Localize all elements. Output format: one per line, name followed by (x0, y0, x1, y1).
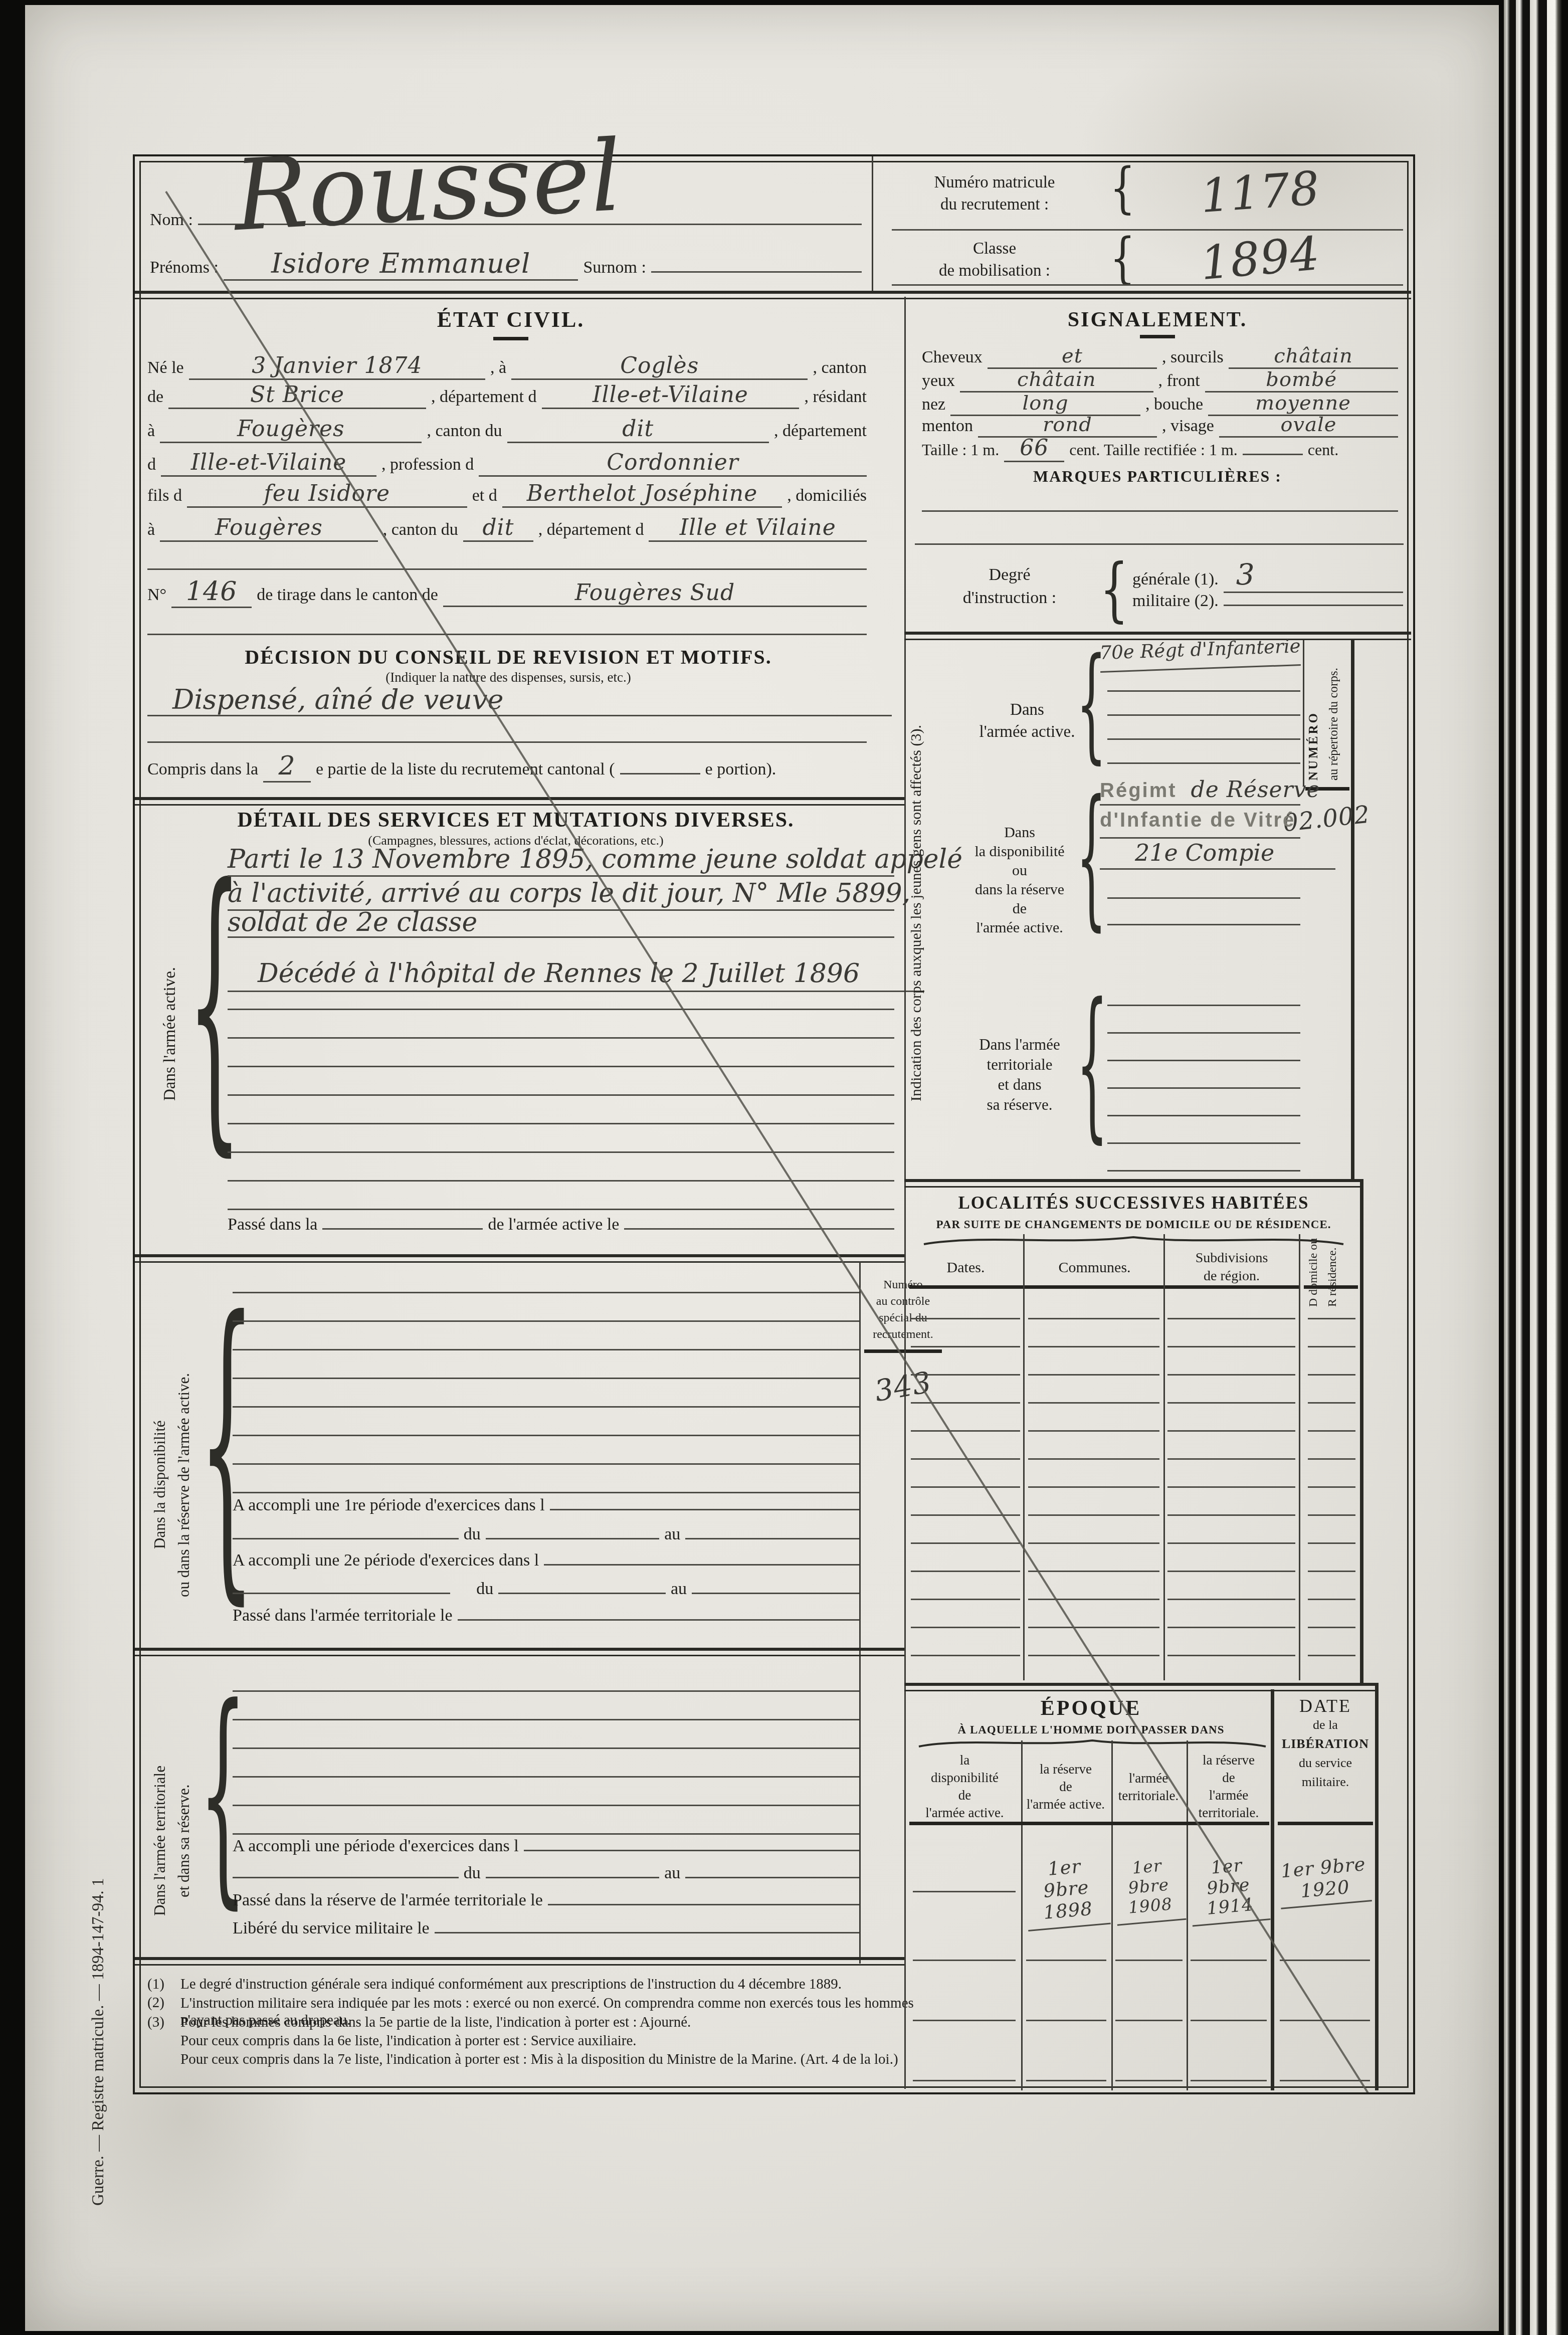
section-divider (904, 632, 1411, 640)
label-line: la (911, 1752, 1019, 1769)
label-line: l'armée active. (969, 721, 1085, 743)
prenoms-label: Prénoms : (150, 258, 219, 277)
blank-ruled-lines (1107, 979, 1300, 1174)
page-stack-edge (1499, 0, 1568, 2335)
label: e portion). (705, 760, 776, 779)
footnote-text: Le degré d'instruction générale sera ind… (180, 1976, 842, 1993)
value: Fougères (160, 416, 422, 443)
blank-line (524, 1850, 859, 1851)
services-line3: soldat de 2e classe (228, 907, 894, 938)
tirage-canton: Fougères Sud (443, 580, 867, 607)
territoriale-side-label: Dans l'armée territoriale (151, 1705, 173, 1976)
label: Compris dans la (147, 760, 258, 779)
label-line: Degré (927, 563, 1092, 587)
instruction-militaire-value (1224, 605, 1403, 606)
value: Coglès (511, 353, 808, 380)
localites-col-subdivisions: Subdivisions de région. (1166, 1249, 1297, 1285)
corps-active-value: 70e Régt d'Infanterie (1099, 635, 1301, 673)
corps-active-label: Dans l'armée active. (969, 699, 1085, 743)
paper-sheet: Guerre. — Registre matricule. — 1894-147… (25, 5, 1504, 2331)
label-line: disponibilité (911, 1769, 1019, 1787)
label-line: territoriale. (1113, 1787, 1184, 1805)
corps-dispo-label: Dans la disponibilité ou dans la réserve… (962, 823, 1077, 937)
value: dit (463, 515, 533, 542)
classe-label-line1: Classe (887, 238, 1102, 260)
epoque-col3-header: l'armée territoriale. (1113, 1770, 1184, 1805)
label: nez (922, 395, 945, 414)
instruction-generale-value: 3 (1224, 557, 1403, 593)
taille-row: Taille : 1 m. 66 cent. Taille rectifiée … (922, 435, 1398, 462)
value: ovale (1219, 413, 1398, 438)
label: , canton du (427, 422, 502, 441)
label-line: de (1189, 1769, 1269, 1787)
signalement-row: Cheveux et , sourcils châtain (922, 344, 1398, 369)
ruled-line (915, 543, 1404, 545)
label-line: Dans (962, 823, 1077, 842)
localites-top-border (904, 1179, 1363, 1188)
label: , canton (813, 358, 867, 377)
blank-line (620, 773, 700, 774)
label-line: de région. (1166, 1267, 1297, 1285)
nom-signature: Roussel (180, 116, 677, 256)
signalement-row: nez long , bouche moyenne (922, 392, 1398, 416)
matricule-label-line1: Numéro matricule (887, 171, 1102, 193)
localites-col-dates: Dates. (909, 1259, 1022, 1276)
epoque-divider (1187, 1740, 1188, 2090)
epoque-col4-header: la réserve de l'armée territoriale. (1189, 1752, 1269, 1822)
value: feu Isidore (187, 481, 467, 508)
blank-line (550, 1509, 859, 1510)
value: St Brice (168, 382, 426, 409)
title-dash (1140, 335, 1175, 338)
services-line2: à l'activité, arrivé au corps le dit jou… (228, 878, 894, 911)
blank-line (486, 1877, 660, 1878)
localites-rows (1167, 1291, 1295, 1671)
section-divider (135, 1648, 904, 1656)
label: , résidant (804, 387, 867, 407)
localites-rows (911, 1291, 1020, 1671)
label-line: de (911, 1787, 1019, 1804)
blank-line (1243, 454, 1303, 455)
blank-line (233, 1593, 450, 1594)
epoque-divider (1021, 1740, 1023, 2090)
label: , canton du (383, 520, 458, 539)
label-line: Subdivisions (1166, 1249, 1297, 1267)
du-au-row: du au (233, 1864, 859, 1883)
blank-line (548, 1904, 859, 1905)
localites-title: LOCALITÉS SUCCESSIVES HABITÉES (914, 1193, 1353, 1213)
localites-header-rule (909, 1285, 1299, 1289)
title-dash (493, 337, 528, 340)
etat-civil-row: à Fougères , canton du dit , département… (147, 515, 867, 542)
label: au (671, 1580, 687, 1599)
numero-caption-2: au répertoire du corps. (1327, 648, 1344, 781)
decision-title: DÉCISION DU CONSEIL DE REVISION ET MOTIF… (147, 645, 869, 669)
label: , département d (538, 520, 644, 539)
section-divider (135, 291, 1411, 299)
label-line: de la (1278, 1715, 1373, 1734)
label: , département (774, 422, 867, 441)
label-line: LIBÉRATION (1278, 1734, 1373, 1754)
value: dit (507, 416, 769, 443)
blank-line (685, 1538, 859, 1539)
corps-stamp-row2: d'Infantie de Vitré (1100, 809, 1300, 839)
ruled-line (922, 510, 1398, 512)
value: Ille-et-Vilaine (542, 382, 800, 409)
matricule-label: Numéro matricule du recrutement : (887, 171, 1102, 216)
label: , visage (1162, 417, 1214, 436)
epoque-col2-header: la réserve de l'armée active. (1023, 1761, 1108, 1813)
numero-column-heavy-border (1351, 640, 1354, 1179)
header-brace-squiggle (922, 1233, 1345, 1246)
label-line: du service (1278, 1754, 1373, 1773)
prenoms-value: Isidore Emmanuel (224, 248, 578, 281)
signalement-row: menton rond , visage ovale (922, 413, 1398, 438)
blank-line (544, 1564, 859, 1566)
epoque-title: ÉPOQUE (909, 1696, 1273, 1720)
epoque-right-border (1375, 1683, 1379, 2090)
blank-line (624, 1228, 894, 1230)
label: , domiciliés (787, 486, 867, 505)
passe-territoriale-row: Passé dans l'armée territoriale le (233, 1606, 859, 1625)
localites-rows (1028, 1291, 1159, 1671)
footnote-num (147, 2051, 173, 2068)
blank-ruled-lines (228, 982, 894, 1213)
brace-icon (1110, 232, 1135, 286)
passe-armee-active-row: Passé dans la de l'armée active le (228, 1215, 894, 1234)
label: A accompli une 2e période d'exercices da… (233, 1551, 539, 1570)
blank-line (322, 1228, 483, 1230)
etat-civil-row: fils d feu Isidore et d Berthelot Joséph… (147, 481, 867, 508)
localites-right-border (1360, 1179, 1363, 1683)
value: Ille-et-Vilaine (161, 450, 376, 477)
label: au (664, 1525, 680, 1544)
label: menton (922, 417, 973, 436)
etat-civil-row: de St Brice , département d Ille-et-Vila… (147, 382, 867, 409)
label-line: DATE (1278, 1696, 1373, 1715)
instruction-generale-row: générale (1). 3 (1132, 557, 1403, 593)
compris-value: 2 (263, 751, 311, 783)
scanned-register-page: Guerre. — Registre matricule. — 1894-147… (0, 0, 1568, 2335)
footnote: Pour ceux compris dans la 6e liste, l'in… (147, 2033, 939, 2049)
territoriale-side-label2: et dans sa réserve. (175, 1705, 197, 1976)
localites-divider (1163, 1234, 1165, 1680)
label: N° (147, 586, 166, 605)
value: moyenne (1208, 392, 1398, 416)
epoque-top-border (904, 1683, 1378, 1691)
label: e partie de la liste du recrutement cant… (316, 760, 615, 779)
label: Passé dans la (228, 1215, 317, 1234)
etat-civil-row: Né le 3 Janvier 1874 , à Coglès , canton (147, 353, 867, 380)
label: de (147, 387, 163, 407)
label: , à (490, 358, 506, 377)
blank-line (498, 1593, 666, 1594)
label: , profession d (381, 455, 474, 474)
brace-icon (1076, 644, 1106, 767)
band-divider (872, 156, 873, 293)
label-line: de (1023, 1778, 1108, 1796)
footnote: (3) Pour les hommes compris dans la 5e p… (147, 2014, 939, 2031)
blank-line (458, 1619, 860, 1621)
localites-col-communes: Communes. (1028, 1259, 1161, 1276)
epoque-value-line (913, 1891, 1016, 1892)
services-title: DÉTAIL DES SERVICES ET MUTATIONS DIVERSE… (147, 808, 884, 832)
label-line: l'armée active. (962, 918, 1077, 937)
controle-column-border (859, 1262, 861, 1964)
value: bombé (1205, 368, 1398, 393)
footnote: (1) Le degré d'instruction générale sera… (147, 1976, 939, 1993)
blank-line (233, 1877, 459, 1878)
footnote-text: Pour les hommes compris dans la 5e parti… (180, 2014, 691, 2031)
surnom-label: Surnom : (583, 258, 646, 277)
label: générale (1). (1132, 570, 1219, 589)
blank-line (486, 1538, 660, 1539)
label: cent. Taille rectifiée : 1 m. (1069, 441, 1238, 459)
label: du (464, 1864, 481, 1883)
brace-icon (1100, 555, 1128, 625)
signalement-title: SIGNALEMENT. (917, 308, 1398, 332)
taille-value: 66 (1004, 435, 1064, 462)
label: yeux (922, 371, 955, 391)
periode1-row: A accompli une 1re période d'exercices d… (233, 1496, 859, 1515)
footnote-text: Pour ceux compris dans la 7e liste, l'in… (180, 2051, 898, 2068)
matricule-label-line2: du recrutement : (887, 193, 1102, 216)
label-line: dans la réserve (962, 880, 1077, 899)
brace-icon (1076, 782, 1106, 934)
epoque-date-header: DATE de la LIBÉRATION du service militai… (1278, 1696, 1373, 1792)
ruled-line (147, 634, 867, 635)
classe-label: Classe de mobilisation : (887, 238, 1102, 282)
epoque-empty-rows (1280, 1901, 1370, 2084)
blank-line (233, 1538, 459, 1539)
label: d (147, 455, 156, 474)
label-line: l'armée (1113, 1770, 1184, 1787)
blank-line (435, 1932, 859, 1933)
etat-civil-row: à Fougères , canton du dit , département (147, 416, 867, 443)
value: Fougères (160, 515, 378, 542)
label-line: militaire. (1278, 1773, 1373, 1792)
label: de l'armée active le (488, 1215, 619, 1234)
main-column-divider (904, 297, 906, 2089)
label: fils d (147, 486, 182, 505)
footnote-num: (3) (147, 2014, 173, 2031)
value: Cordonnier (479, 450, 867, 477)
blank-line (685, 1877, 859, 1878)
services-line1: Parti le 13 Novembre 1895, comme jeune s… (228, 844, 894, 877)
label: cent. (1308, 441, 1338, 459)
blank-ruled-lines (1107, 872, 1300, 926)
label: du (476, 1580, 493, 1599)
spine-imprint: Guerre. — Registre matricule. — 1894-147… (89, 1574, 112, 2206)
du-au-row: au du au (233, 1580, 859, 1599)
label-line: l'armée active. (1023, 1796, 1108, 1813)
passe-reserve-territoriale-row: Passé dans la réserve de l'armée territo… (233, 1891, 859, 1910)
value: châtain (960, 368, 1153, 393)
label-line: d'instruction : (927, 587, 1092, 610)
label-line: la réserve (1189, 1752, 1269, 1769)
value: châtain (1229, 344, 1398, 369)
blank-ruled-lines (233, 1663, 859, 1836)
reserve-side-label2: ou dans la réserve de l'armée active. (175, 1299, 197, 1670)
epoque-subtitle: À LAQUELLE L'HOMME DOIT PASSER DANS (909, 1723, 1273, 1736)
marques-label: MARQUES PARTICULIÈRES : (917, 467, 1398, 486)
label: Taille : 1 m. (922, 441, 999, 459)
classe-value: 1894 (1150, 222, 1370, 294)
periode2-row: A accompli une 2e période d'exercices da… (233, 1551, 859, 1570)
label-line: Dans l'armée (962, 1035, 1077, 1055)
label: A accompli une période d'exercices dans … (233, 1837, 519, 1856)
localites-rows (1308, 1291, 1355, 1671)
label-line: sa réserve. (962, 1095, 1077, 1115)
label-line: l'armée (1189, 1787, 1269, 1804)
ruled-line (892, 284, 1403, 286)
decision-value: Dispensé, aîné de veuve (147, 684, 892, 716)
epoque-date-divider (1271, 1689, 1274, 2090)
label-line: la réserve (1023, 1761, 1108, 1778)
label: , sourcils (1162, 348, 1224, 367)
label: , bouche (1145, 395, 1203, 414)
label: Passé dans l'armée territoriale le (233, 1606, 453, 1625)
localites-divider (1299, 1234, 1300, 1680)
value: rond (978, 413, 1157, 438)
du-au-row: du au (233, 1525, 859, 1544)
label: Passé dans la réserve de l'armée territo… (233, 1891, 543, 1910)
label: de tirage dans le canton de (257, 586, 438, 605)
blank-ruled-lines (1107, 668, 1300, 764)
section-divider (135, 1957, 904, 1966)
tirage-number: 146 (171, 576, 252, 608)
label: du (464, 1525, 481, 1544)
compris-row: Compris dans la 2 e partie de la liste d… (147, 751, 867, 783)
matricule-value: 1178 (1151, 158, 1369, 227)
instruction-label: Degré d'instruction : (927, 563, 1092, 610)
footnote-text: Pour ceux compris dans la 6e liste, l'in… (180, 2033, 637, 2049)
tirage-row: N° 146 de tirage dans le canton de Fougè… (147, 576, 867, 608)
footnote: Pour ceux compris dans la 7e liste, l'in… (147, 2051, 939, 2068)
epoque-empty-rows (1026, 1901, 1106, 2084)
label-line: et dans (962, 1075, 1077, 1095)
corps-territoriale-label: Dans l'armée territoriale et dans sa rés… (962, 1035, 1077, 1115)
label: A accompli une 1re période d'exercices d… (233, 1496, 545, 1515)
matricule-form: Nom : Roussel Prénoms : Isidore Emmanuel… (133, 154, 1415, 2094)
epoque-divider (1111, 1740, 1113, 2090)
value: Ille et Vilaine (649, 515, 867, 542)
label: à (147, 422, 155, 441)
value: et (988, 344, 1157, 369)
label: à (147, 520, 155, 539)
value: 3 Janvier 1874 (189, 353, 485, 380)
label-line: Dans (969, 699, 1085, 721)
footnote-num (147, 2033, 173, 2049)
value: Berthelot Joséphine (502, 481, 782, 508)
label: au (664, 1864, 680, 1883)
stamp-text: Régimt (1100, 780, 1177, 802)
label-line: l'armée active. (911, 1804, 1019, 1822)
numero-column-border (1303, 640, 1304, 786)
stamp-annotation: de Réserve (1179, 777, 1320, 803)
epoque-header-rule-date (1278, 1822, 1373, 1825)
libere-row: Libéré du service militaire le (233, 1919, 859, 1938)
localites-header-rule-dr (1304, 1285, 1358, 1289)
label: Cheveux (922, 348, 983, 367)
label-line: ou (962, 861, 1077, 880)
ruled-line (147, 568, 867, 570)
prenoms-row: Prénoms : Isidore Emmanuel Surnom : (150, 248, 862, 281)
label: , front (1158, 371, 1200, 391)
label: Né le (147, 358, 184, 377)
label: , département d (431, 387, 537, 407)
instruction-militaire-row: militaire (2). (1132, 592, 1403, 611)
brace-icon (1110, 161, 1135, 216)
ruled-line (147, 741, 867, 743)
label-line: territoriale. (1189, 1804, 1269, 1822)
epoque-empty-rows (913, 1901, 1016, 2084)
blank-line (692, 1593, 859, 1594)
brace-icon (1076, 983, 1108, 1145)
classe-label-line2: de mobilisation : (887, 260, 1102, 282)
localites-subtitle: PAR SUITE DE CHANGEMENTS DE DOMICILE OU … (914, 1218, 1353, 1231)
reserve-side-label: Dans la disponibilité (151, 1309, 173, 1660)
decision-subtitle: (Indiquer la nature des dispenses, sursi… (147, 670, 869, 685)
label-line: la disponibilité (962, 842, 1077, 861)
label: Libéré du service militaire le (233, 1919, 430, 1938)
epoque-empty-rows (1191, 1901, 1267, 2084)
label: et d (472, 486, 497, 505)
blank-ruled-lines (233, 1265, 859, 1495)
section-divider (135, 797, 904, 806)
periode-territoriale-row: A accompli une période d'exercices dans … (233, 1837, 859, 1856)
label-line: territoriale (962, 1055, 1077, 1075)
header-brace-squiggle (917, 1736, 1268, 1748)
corps-side-caption: Indication des corps auxquels les jeunes… (908, 650, 929, 1177)
label: militaire (2). (1132, 592, 1219, 611)
epoque-col1-header: la disponibilité de l'armée active. (911, 1752, 1019, 1822)
localites-divider (1023, 1234, 1025, 1680)
epoque-header-rule (909, 1822, 1269, 1825)
signalement-row: yeux châtain , front bombé (922, 368, 1398, 393)
surnom-line (651, 271, 862, 273)
services-side-label: Dans l'armée active. (161, 873, 181, 1194)
value: long (950, 392, 1140, 416)
etat-civil-row: d Ille-et-Vilaine , profession d Cordonn… (147, 450, 867, 477)
footnote-num: (1) (147, 1976, 173, 1993)
corps-compagnie: 21e Compie (1100, 839, 1335, 870)
label-line: de (962, 899, 1077, 918)
epoque-empty-rows (1115, 1901, 1183, 2084)
numero-caption-1: NUMÉRO (1307, 648, 1325, 781)
etat-civil-title: ÉTAT CIVIL. (285, 307, 736, 332)
corps-stamp-row1: Régimt de Réserve (1100, 777, 1300, 806)
